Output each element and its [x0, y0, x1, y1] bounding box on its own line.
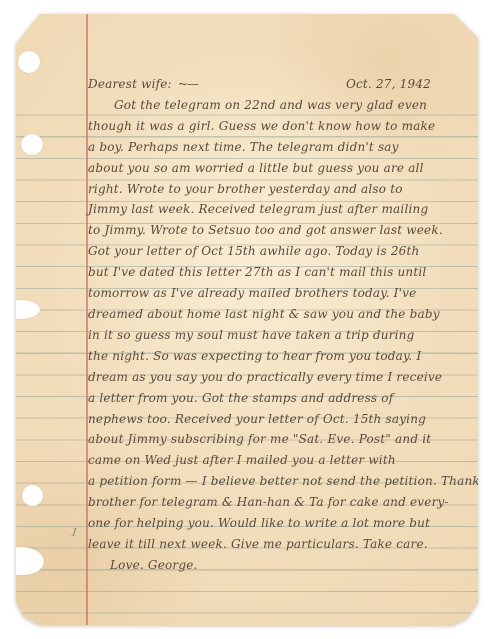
paper-sheet: 1 Dearest wife:~— Oct. 27, 1942 Got the … [16, 14, 478, 625]
letter-heading: Dearest wife:~— Oct. 27, 1942 [88, 74, 431, 95]
letter-date: Oct. 27, 1942 [346, 74, 431, 95]
letter-line: leave it till next week. Give me particu… [88, 534, 468, 555]
letter-line: the night. So was expecting to hear from… [88, 346, 468, 367]
letter-line: a petition form — I believe better not s… [88, 471, 468, 492]
punch-hole [22, 485, 43, 506]
letter-line: but I've dated this letter 27th as I can… [88, 262, 468, 283]
torn-punch-hole [0, 547, 44, 575]
letter-line: a letter from you. Got the stamps and ad… [88, 388, 468, 409]
letter-line: in it so guess my soul must have taken a… [88, 325, 468, 346]
torn-punch-hole [2, 300, 40, 319]
letter-line: Jimmy last week. Received telegram just … [88, 199, 468, 220]
letter-line: to Jimmy. Wrote to Setsuo too and got an… [88, 220, 468, 241]
letter-line: a boy. Perhaps next time. The telegram d… [88, 137, 468, 158]
letter-line: Got the telegram on 22nd and was very gl… [88, 95, 468, 116]
letter-body: Dearest wife:~— Oct. 27, 1942 Got the te… [88, 74, 468, 576]
punch-hole [18, 51, 40, 73]
letter-line: nephews too. Received your letter of Oct… [88, 409, 468, 430]
letter-line: though it was a girl. Guess we don't kno… [88, 116, 468, 137]
letter-page: 1 Dearest wife:~— Oct. 27, 1942 Got the … [16, 14, 478, 625]
punch-hole [21, 134, 43, 155]
letter-line: about you so am worried a little but gue… [88, 158, 468, 179]
letter-line: Got your letter of Oct 15th awhile ago. … [88, 241, 468, 262]
letter-line: dream as you say you do practically ever… [88, 367, 468, 388]
letter-line: dreamed about home last night & saw you … [88, 304, 468, 325]
letter-line: one for helping you. Would like to write… [88, 513, 468, 534]
letter-line: came on Wed just after I mailed you a le… [88, 450, 468, 471]
letter-line: about Jimmy subscribing for me "Sat. Eve… [88, 429, 468, 450]
salutation-text: Dearest wife: [88, 77, 172, 91]
letter-line: brother for telegram & Han-han & Ta for … [88, 492, 468, 513]
letter-line: right. Wrote to your brother yesterday a… [88, 179, 468, 200]
salutation-flourish: ~— [178, 77, 198, 91]
letter-line: tomorrow as I've already mailed brothers… [88, 283, 468, 304]
salutation: Dearest wife:~— [88, 74, 198, 95]
signature: Love. George. [88, 555, 468, 576]
